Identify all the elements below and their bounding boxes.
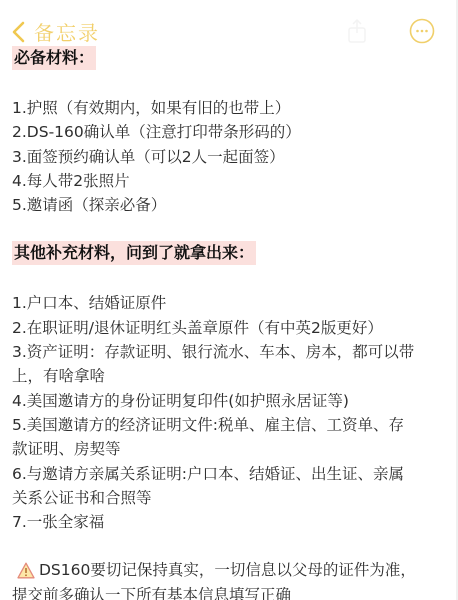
section-supplementary: 其他补充材料，问到了就拿出来： 1.户口本、结婚证原件 2.在职证明/退休证明红… [12, 241, 452, 534]
share-icon[interactable] [344, 18, 370, 44]
warning-icon [17, 562, 35, 579]
chevron-left-icon [10, 21, 26, 43]
list-item: 4.每人带2张照片 [12, 169, 452, 193]
section-heading: 必备材料： [12, 46, 96, 70]
navigation-bar: 备忘录 [0, 0, 458, 48]
section-heading: 其他补充材料，问到了就拿出来： [12, 241, 256, 265]
warning-text: DS160要切记保持真实，一切信息以父母的证件为准， [39, 558, 416, 582]
list-item: 1.护照（有效期内，如果有旧的也带上） [12, 96, 452, 120]
back-label: 备忘录 [34, 17, 100, 46]
list-item: 5.美国邀请方的经济证明文件:税单、雇主信、工资单、存 [12, 413, 452, 437]
more-icon[interactable] [409, 18, 435, 44]
list-item: 7.一张全家福 [12, 510, 452, 534]
list-item: 1.户口本、结婚证原件 [12, 291, 452, 315]
list-item: 6.与邀请方亲属关系证明:户口本、结婚证、出生证、亲属 [12, 462, 452, 486]
list-item: 3.资产证明：存款证明、银行流水、车本、房本，都可以带 [12, 340, 452, 364]
list-item-continued: 上，有啥拿啥 [12, 364, 452, 388]
list-item-continued: 款证明、房契等 [12, 437, 452, 461]
list-item: 2.在职证明/退休证明红头盖章原件（有中英2版更好） [12, 316, 452, 340]
section-required: 必备材料： 1.护照（有效期内，如果有旧的也带上） 2.DS-160确认单（注意… [12, 46, 452, 217]
list-item: 2.DS-160确认单（注意打印带条形码的） [12, 120, 452, 144]
list-item: 4.美国邀请方的身份证明复印件(如护照永居证等) [12, 389, 452, 413]
list-item: 5.邀请函（探亲必备） [12, 193, 452, 217]
note-body[interactable]: 必备材料： 1.护照（有效期内，如果有旧的也带上） 2.DS-160确认单（注意… [12, 46, 452, 600]
warning-text-continued: 提交前多确认一下所有基本信息填写正确 [12, 583, 452, 600]
back-button[interactable]: 备忘录 [10, 17, 100, 46]
list-item: 3.面签预约确认单（可以2人一起面签） [12, 145, 452, 169]
warning-note: DS160要切记保持真实，一切信息以父母的证件为准， 提交前多确认一下所有基本信… [12, 558, 452, 600]
list-item-continued: 关系公证书和合照等 [12, 486, 452, 510]
